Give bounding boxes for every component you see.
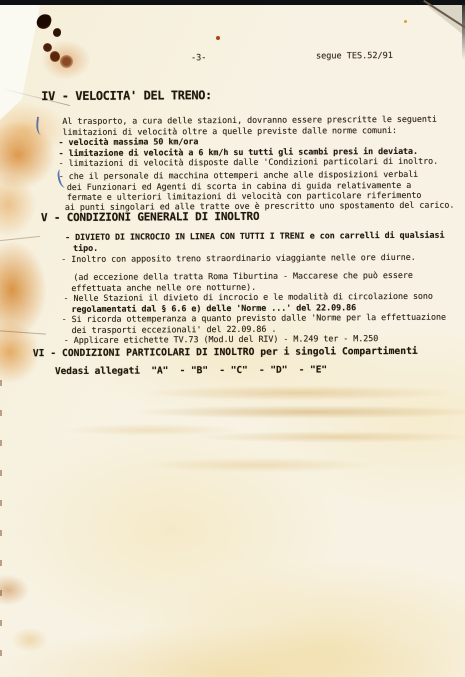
doc-continuation-ref: segue TES.52/91 [316, 52, 393, 61]
v-bullet-stations-1: - Nelle Stazioni il divieto di incrocio … [63, 292, 432, 303]
scanned-page: -3- segue TES.52/91 IV - VELOCITA' DEL T… [0, 0, 465, 677]
v-bullet-compliance-1: - Si ricorda ottemperanza a quanto previ… [62, 313, 446, 324]
v-bullet-crossing-ban-1: - DIVIETO DI INCROCIO IN LINEA CON TUTTI… [65, 231, 444, 242]
v-bullet-crossing-ban-2: tipo. [73, 244, 98, 253]
document-text: -3- segue TES.52/91 IV - VELOCITA' DEL T… [0, 0, 465, 677]
iv-intro-line-2: limitazioni di velocità oltre a quelle p… [62, 125, 397, 136]
section-v-heading: V - CONDIZIONI GENERALI DI INOLTRO [41, 212, 259, 222]
v-bullet-labels: - Applicare etichette TV.73 (Mod.U del R… [64, 334, 379, 345]
v-bullet-special-train: - Inoltro con apposito treno straordinar… [61, 252, 416, 263]
page-number: -3- [191, 54, 206, 63]
vi-attachments-line: Vedasi allegati "A" - "B" - "C" - "D" - … [55, 365, 327, 376]
v-note-exception-2: effettuata anche nelle ore notturne). [71, 282, 256, 292]
v-note-exception-1: (ad eccezione della tratta Roma Tiburtin… [73, 271, 413, 282]
iv-bullet-max-speed: - velocità massima 50 km/ora [58, 137, 198, 147]
iv-bullet-special-limits: - limitazioni di velocità disposte dalle… [59, 157, 438, 168]
section-vi-heading: VI - CONDIZIONI PARTICOLARI DI INOLTRO p… [33, 347, 418, 358]
section-iv-heading: IV - VELOCITA' DEL TRENO: [41, 91, 212, 101]
